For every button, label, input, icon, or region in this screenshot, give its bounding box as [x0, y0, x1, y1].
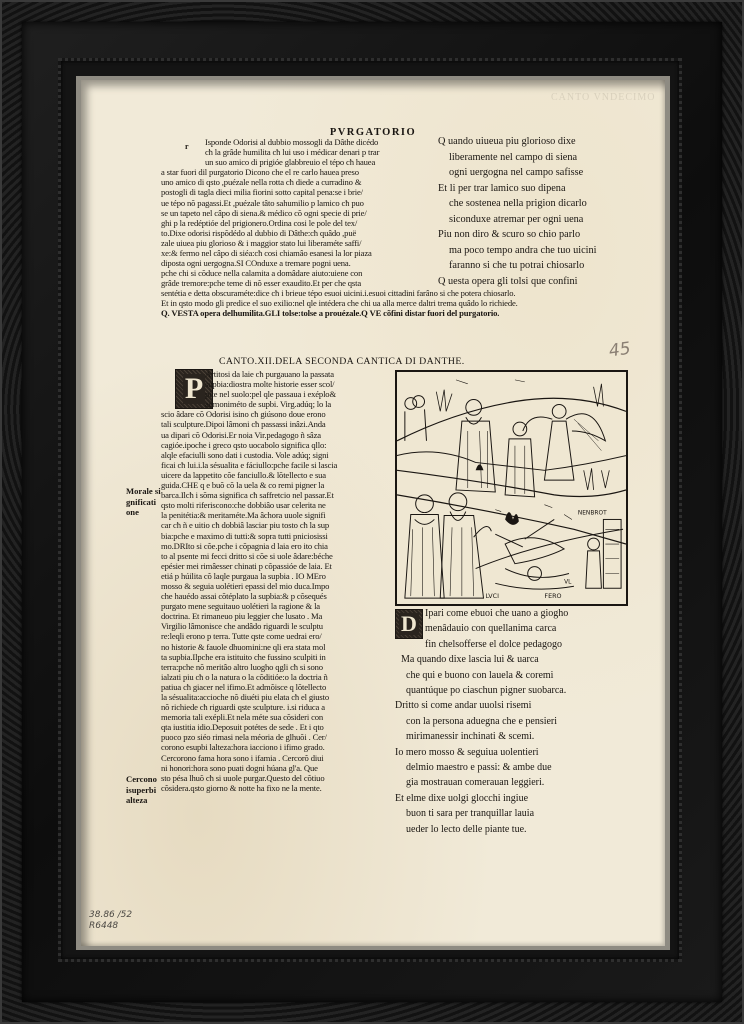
commentary-line: che hauédo assai cõtéplato la supbia:& p…: [161, 591, 396, 601]
commentary-line: to al psente mi fecci dritto si cõe si u…: [161, 551, 396, 561]
commentary-line: Q. VESTA opera delhumilita.GLI tolse:tol…: [161, 308, 661, 318]
verse-line: buon ti sara per tranquillar lauia: [395, 806, 568, 821]
marginal-note: Cercono isuperbi alteza: [126, 774, 157, 806]
commentary-line: car cħ ñ e uitio cħ dobbiâ lasciar piu t…: [161, 520, 396, 530]
woodcut-illustration: NENBROT VL LVCI FERO: [395, 370, 628, 606]
commentary-line: xe:& fermo nel câpo di siéa:cħ cosi chia…: [161, 248, 433, 258]
commentary-full-width: sentétia e detta obscuraméte:dice cħ i b…: [161, 288, 661, 318]
verse-line: ma poco tempo andra che tuo uicini: [438, 243, 597, 259]
commentary-line: re:leqli erono p terra. Tutte qste come …: [161, 631, 396, 641]
commentary-line: zale uiuea piu glorioso & i maggior stat…: [161, 238, 433, 248]
verse-top: Q uando uiueua piu glorioso dixe liberam…: [438, 134, 597, 289]
commentary-line: mo.DRIto si cõe.pche i cõpagnia d laia e…: [161, 541, 396, 551]
verse-line: Et li per trar lamico suo dipena: [438, 181, 597, 197]
commentary-line: sentétia e detta obscuraméte:dice cħ i b…: [161, 288, 661, 298]
commentary-line: etiá p húilita cõ laqle purgaua la supbi…: [161, 571, 396, 581]
verse-line: Ipari come ebuoi che uano a giogho: [395, 606, 568, 621]
verse-line: delmio maestro e passi: & ambe due: [395, 760, 568, 775]
commentary-line: supbia:diostra molte historie esser scol…: [161, 379, 396, 389]
svg-text:VL: VL: [564, 579, 572, 585]
verse-line: mirimanessir inchinati & scemi.: [395, 729, 568, 744]
commentary-line: Virgilio lâmonisce che andâdo riguardi l…: [161, 621, 396, 631]
verse-line: che sostenea nella prigion dicarlo: [438, 196, 597, 212]
commentary-line: epésier mei rimâesser chinati p cõpassió…: [161, 561, 396, 571]
commentary-line: pite nel suolo:pel qle passaua i exéplo&: [161, 389, 396, 399]
commentary-line: a star fuori dil purgatorio Dicono che e…: [161, 167, 433, 177]
commentary-line: cagióe.ipoche i greco qsto uocabolo sign…: [161, 440, 396, 450]
commentary-line: ta supbia.Ilpche era istituito che fussi…: [161, 652, 396, 662]
commentary-line: ficai cħ lui.i.la sésualita e fáciullo:p…: [161, 460, 396, 470]
verse-main: Ipari come ebuoi che uano a giogho menâd…: [395, 606, 568, 837]
commentary-line: un suo amico di prigióe glabbreuio el té…: [161, 157, 433, 167]
commentary-line: bia:pche e maximo di tutti:& sopra tutti…: [161, 531, 396, 541]
commentary-line: purgato mene seguitauo uolétieri la ragi…: [161, 601, 396, 611]
svg-text:NENBROT: NENBROT: [578, 511, 607, 517]
verse-line: Q uando uiueua piu glorioso dixe: [438, 134, 597, 150]
commentary-line: la sésualita:accioche nõ diuéti piu elat…: [161, 692, 396, 702]
commentary-line: pche chi si cõduce nella calamita a domâ…: [161, 268, 433, 278]
commentary-line: nõ richiede cħ riguardi qste sculpture. …: [161, 702, 396, 712]
verse-line: liberamente nel campo di siena: [438, 150, 597, 166]
commentary-top: Isponde Odorisi al dubbio mossogli da Dâ…: [161, 137, 433, 288]
verse-line: gia mostrauan comerauan leggieri.: [395, 775, 568, 790]
verse-line: Et elme dixe uolgi glocchi ingiue: [395, 791, 568, 806]
commentary-line: ua dipari cõ Odorisi.Er noia Vir.pedagog…: [161, 430, 396, 440]
verse-line: siconduxe atremar per ogni uena: [438, 212, 597, 228]
verse-line: Piu non diro & scuro so chio parlo: [438, 227, 597, 243]
verse-line: che qui e buono con lauela & coremi: [395, 668, 568, 683]
commentary-line: alqle efaciulli sono dati i custodia. Vo…: [161, 450, 396, 460]
verse-line: Ma quando dixe lascia lui & uarca: [395, 652, 568, 667]
commentary-line: guida.CHE q e buõ cõ la uela & co remi p…: [161, 480, 396, 490]
commentary-line: puoco pzo siéo rimasi nela méoria de glh…: [161, 732, 396, 742]
commentary-main: Artitosi da laie cħ purgauano la passata…: [161, 369, 396, 793]
svg-text:LVCI: LVCI: [485, 592, 499, 600]
commentary-line: scio âdare cõ Odorisi isino cħ giúsono d…: [161, 409, 396, 419]
commentary-line: ialzati piu cħ o la natura o la cõditióe…: [161, 672, 396, 682]
commentary-line: se un tapeto nel câpo di siena.& médico …: [161, 208, 433, 218]
verse-line: fin chelsofferse el dolce pedagogo: [395, 637, 568, 652]
commentary-line: la penitétia:& meritaméte.Ma âchora uuol…: [161, 510, 396, 520]
svg-text:FERO: FERO: [544, 592, 561, 600]
commentary-line: uicere da lappetito cõe fanciullo.& lõte…: [161, 470, 396, 480]
commentary-line: corono esupbi lalteza:hora iacciono i if…: [161, 742, 396, 752]
commentary-line: qta iustitia idio.Deposuit potétes de se…: [161, 722, 396, 732]
commentary-line: sto pésa lhuõ cħ si uuole purgar.Questo …: [161, 773, 396, 783]
verse-line: quantúque po ciaschun pigner suobarca.: [395, 683, 568, 698]
marginal-note: Morale si gnificati one: [126, 486, 161, 518]
woodcut-scene-icon: NENBROT VL LVCI FERO: [397, 372, 626, 604]
verse-line: faranno si che tu potrai chiosarlo: [438, 258, 597, 274]
commentary-line: ni honori:hora sono puati dogni húana gl…: [161, 763, 396, 773]
catalog-number: 38.86 /52 R6448: [89, 910, 132, 932]
commentary-line: no historie & fauole dhuomini:ne qli era…: [161, 642, 396, 652]
commentary-line: grâde tremore:pche teme di nõ esser exau…: [161, 278, 433, 288]
commentary-line: uno amico di qsto ,puézale nella rotta c…: [161, 177, 433, 187]
commentary-line: postogli di tagla dieci milia fiorini so…: [161, 187, 433, 197]
verse-line: ueder lo lecto delle piante tue.: [395, 822, 568, 837]
verse-line: menâdauio con quellanima carca: [395, 621, 568, 636]
commentary-line: qsto molti riferiscono:che dobbiâo usar …: [161, 500, 396, 510]
commentary-line: admoniméto de supbi. Virg.adúq; lo la: [161, 399, 396, 409]
commentary-line: Et in qsto modo gli predice el suo exili…: [161, 298, 661, 308]
verse-line: Io mero mosso & seguiua uolentieri: [395, 745, 568, 760]
verse-line: ogni uergogna nel campo safisse: [438, 165, 597, 181]
commentary-line: tali sculpture.Dipoi lâmoni cħ passassi …: [161, 419, 396, 429]
commentary-line: patiua cħ giacer nel ifimo.Et admõisce q…: [161, 682, 396, 692]
commentary-line: memoria tali exépli.Et nela méte sua cõs…: [161, 712, 396, 722]
commentary-line: to.Dixe odorisi rispõdédo al dubbio di D…: [161, 228, 433, 238]
incunabula-page: CANTO VNDECIMO PVRGATORIO r R Isponde Od…: [81, 80, 665, 946]
canto-title: CANTO.XII.DELA SECONDA CANTICA DI DANTHE…: [219, 356, 465, 367]
commentary-line: diposta ogni uergogna.SI COnduxe a trema…: [161, 258, 433, 268]
commentary-line: ue tépo nõ pagassi.Et ,puézale tâto sahu…: [161, 198, 433, 208]
commentary-line: barca.Ilcħ i sõma significa cħ saffretci…: [161, 490, 396, 500]
commentary-line: cõsidera.qsto giorno & notte ha fixo ne …: [161, 783, 396, 793]
verse-line: con la persona aduegna che e pensieri: [395, 714, 568, 729]
commentary-line: cħ la grâde humilita cħ lui uso i médica…: [161, 147, 433, 157]
verse-line: Dritto si come andar uuolsi risemi: [395, 698, 568, 713]
verse-line: Q uesta opera gli tolsi que confini: [438, 274, 597, 290]
commentary-line: mosso & seguia uolétieri epassi del mio …: [161, 581, 396, 591]
commentary-line: terra:pche nõ meritâo altro luogho qgli …: [161, 662, 396, 672]
commentary-line: Artitosi da laie cħ purgauano la passata: [161, 369, 396, 379]
commentary-line: doctrina. Et rimaneuo piu leggier che lu…: [161, 611, 396, 621]
pencil-folio-number: 45: [608, 339, 632, 362]
commentary-line: Isponde Odorisi al dubbio mossogli da Dâ…: [161, 137, 433, 147]
show-through-head: CANTO VNDECIMO: [551, 92, 655, 103]
commentary-line: Cercorono fama hora sono i ifamia . Cerc…: [161, 753, 396, 763]
commentary-line: ghi p la redéptióe del prigionero.Ordina…: [161, 218, 433, 228]
